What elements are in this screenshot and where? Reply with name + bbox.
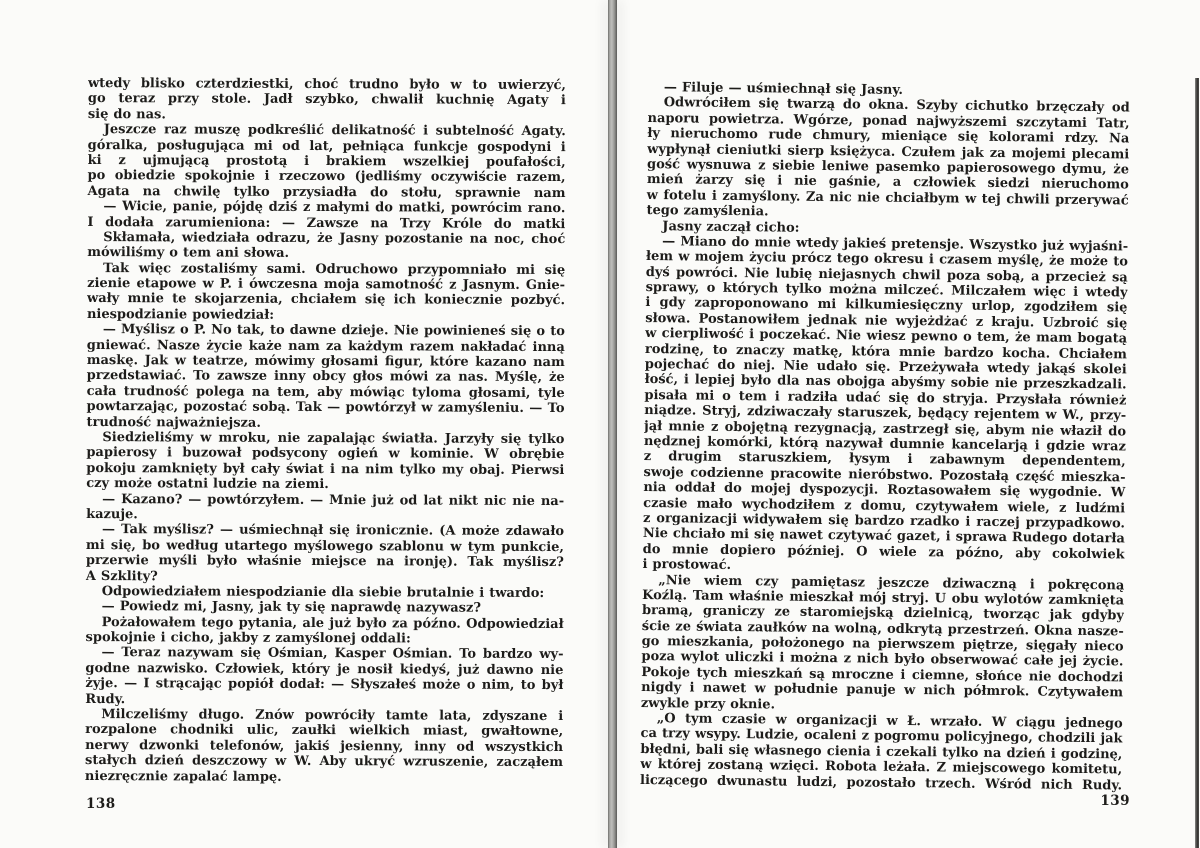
- text-line: niezręcznie zapalać lampę.: [85, 769, 563, 786]
- text-line: rozpalone chodniki ulic, zaułki wielkich…: [85, 722, 563, 739]
- page-138-text-block: wtedy blisko czterdziestki, choć trudno …: [85, 76, 566, 786]
- text-line: — Myślisz o P. No tak, to dawne dzieje. …: [87, 322, 565, 339]
- binding-gutter-shadow: [608, 0, 617, 848]
- page-number-139: 139: [648, 793, 1130, 809]
- scan-edge-line: [1195, 78, 1199, 848]
- book-spread: wtedy blisko czterdziestki, choć trudno …: [0, 0, 1200, 848]
- text-line: żyje. — I strącając popiół dodał: — Słys…: [85, 676, 563, 693]
- text-line: Jeszcze raz muszę podkreślić delikatność…: [88, 122, 566, 139]
- page-number-138: 138: [86, 796, 116, 812]
- text-line: przedstawiać. To zawsze inny obcy głos m…: [87, 368, 565, 385]
- text-line: przerwie myśli było właśnie miejsce na i…: [86, 553, 564, 570]
- text-line: — Tak myślisz? — uśmiechnął się ironiczn…: [86, 522, 564, 539]
- text-line: — Powiedz mi, Jasny, jak ty się naprawdę…: [86, 599, 564, 616]
- text-line: mówiliśmy o tem ani słowa.: [87, 245, 565, 262]
- text-line: go teraz przy stole. Jadł szybko, chwali…: [88, 91, 566, 108]
- text-line: papierosy i buzował podsycony ogień w ko…: [86, 445, 564, 462]
- text-line: stałych dzień deszczowy w W. Aby ukryć w…: [85, 753, 563, 770]
- text-line: — Wicie, panie, pójdę dziś z małymi do m…: [87, 199, 565, 216]
- text-line: — Kazano? — powtórzyłem. — Mnie już od l…: [86, 492, 564, 509]
- text-line: powtarzając, pozostać sobą. Tak — powtór…: [87, 399, 565, 416]
- text-line: po obiedzie spokojnie i rzeczowo (jedliś…: [88, 168, 566, 185]
- text-line: czy może ostatni ludzie na ziemi.: [86, 476, 564, 493]
- page-139-text-block: — Filuje — uśmiechnął się Jasny.Odwrócił…: [640, 80, 1130, 793]
